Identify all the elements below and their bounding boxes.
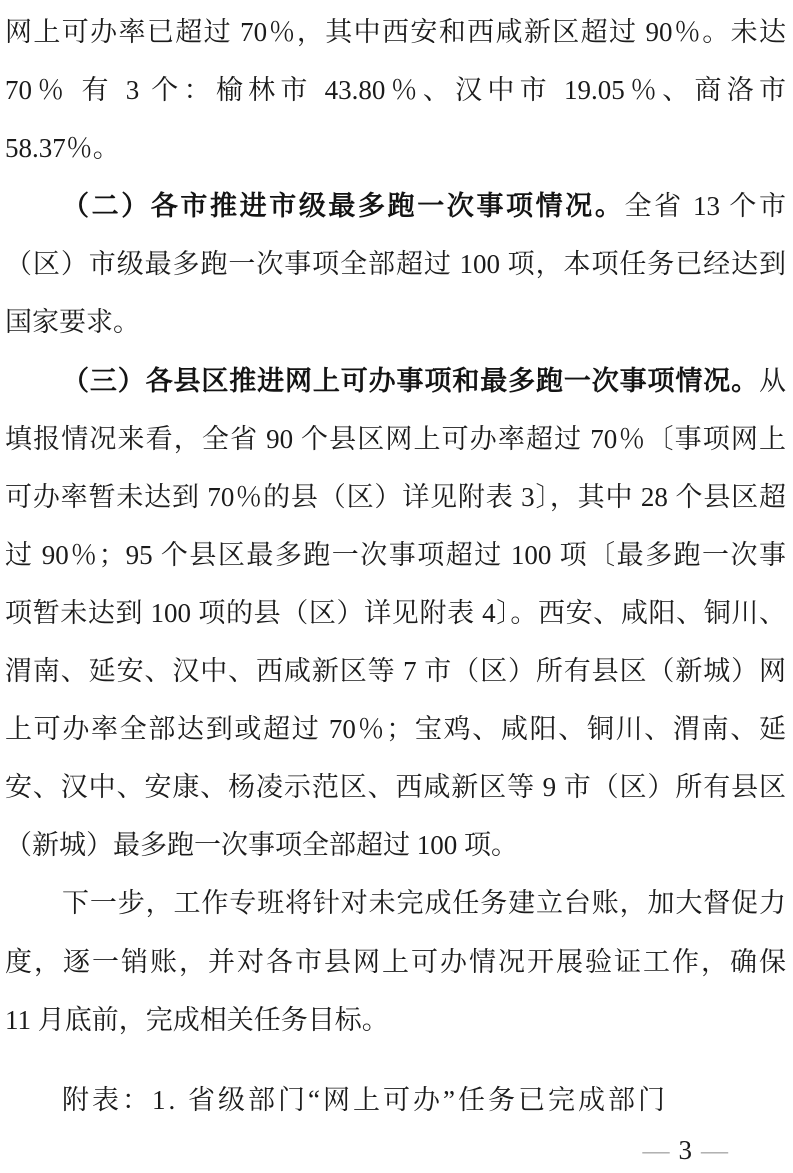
body-text: 58.37％。: [5, 133, 120, 163]
document-line: 渭南、延安、汉中、西咸新区等 7 市（区）所有县区（新城）网: [5, 642, 786, 700]
body-text: 填报情况来看，全省 90 个县区网上可办率超过 70％〔事项网上: [5, 424, 786, 454]
document-line: 项暂未达到 100 项的县（区）详见附表 4〕。西安、咸阳、铜川、: [5, 584, 786, 642]
document-line: （二）各市推进市级最多跑一次事项情况。全省 13 个市: [5, 177, 786, 235]
document-line: 附表：1. 省级部门“网上可办”任务已完成部门: [5, 1071, 786, 1129]
document-line: （区）市级最多跑一次事项全部超过 100 项，本项任务已经达到: [5, 235, 786, 293]
body-text: 70％ 有 3 个：榆林市 43.80％、汉中市 19.05％、商洛市: [5, 75, 786, 105]
document-line: 过 90％；95 个县区最多跑一次事项超过 100 项〔最多跑一次事: [5, 526, 786, 584]
body-text: 网上可办率已超过 70％，其中西安和西咸新区超过 90％。未达: [5, 17, 786, 47]
body-text: 渭南、延安、汉中、西咸新区等 7 市（区）所有县区（新城）网: [5, 656, 786, 686]
section-heading-text: （三）各县区推进网上可办事项和最多跑一次事项情况。: [62, 366, 759, 396]
document-line: 可办率暂未达到 70％的县（区）详见附表 3〕，其中 28 个县区超: [5, 468, 786, 526]
body-text: 从: [759, 366, 786, 396]
document-page: 网上可办率已超过 70％，其中西安和西咸新区超过 90％。未达70％ 有 3 个…: [0, 0, 793, 1173]
page-number-dash-right: —: [692, 1135, 737, 1165]
body-text: 全省 13 个市: [624, 191, 786, 221]
body-text: 度，逐一销账，并对各市县网上可办情况开展验证工作，确保: [5, 947, 786, 977]
document-line: 下一步，工作专班将针对未完成任务建立台账，加大督促力: [5, 874, 786, 932]
document-line: 国家要求。: [5, 293, 786, 351]
body-text: 项暂未达到 100 项的县（区）详见附表 4〕。西安、咸阳、铜川、: [5, 598, 786, 628]
body-text: 安、汉中、安康、杨凌示范区、西咸新区等 9 市（区）所有县区: [5, 772, 786, 802]
document-line: 网上可办率已超过 70％，其中西安和西咸新区超过 90％。未达: [5, 3, 786, 61]
document-body: 网上可办率已超过 70％，其中西安和西咸新区超过 90％。未达70％ 有 3 个…: [5, 3, 786, 1129]
section-heading-text: （二）各市推进市级最多跑一次事项情况。: [62, 191, 624, 221]
document-line: （三）各县区推进网上可办事项和最多跑一次事项情况。从: [5, 352, 786, 410]
body-text: 过 90％；95 个县区最多跑一次事项超过 100 项〔最多跑一次事: [5, 540, 786, 570]
body-text: 附表：1. 省级部门“网上可办”任务已完成部门: [62, 1085, 668, 1115]
page-number-dash-left: —: [634, 1135, 679, 1165]
document-line: 58.37％。: [5, 119, 786, 177]
body-text: （区）市级最多跑一次事项全部超过 100 项，本项任务已经达到: [5, 249, 786, 279]
document-line: 70％ 有 3 个：榆林市 43.80％、汉中市 19.05％、商洛市: [5, 61, 786, 119]
body-text: （新城）最多跑一次事项全部超过 100 项。: [5, 830, 518, 860]
document-line: 11 月底前，完成相关任务目标。: [5, 991, 786, 1049]
page-number-value: 3: [679, 1135, 693, 1165]
body-text: 可办率暂未达到 70％的县（区）详见附表 3〕，其中 28 个县区超: [5, 482, 786, 512]
body-text: 国家要求。: [5, 307, 140, 337]
document-line: 安、汉中、安康、杨凌示范区、西咸新区等 9 市（区）所有县区: [5, 758, 786, 816]
document-line: 度，逐一销账，并对各市县网上可办情况开展验证工作，确保: [5, 933, 786, 991]
document-line: 上可办率全部达到或超过 70％；宝鸡、咸阳、铜川、渭南、延: [5, 700, 786, 758]
body-text: 上可办率全部达到或超过 70％；宝鸡、咸阳、铜川、渭南、延: [5, 714, 786, 744]
body-text: 11 月底前，完成相关任务目标。: [5, 1005, 389, 1035]
document-line: 填报情况来看，全省 90 个县区网上可办率超过 70％〔事项网上: [5, 410, 786, 468]
page-number: —3—: [634, 1137, 738, 1164]
document-line: （新城）最多跑一次事项全部超过 100 项。: [5, 816, 786, 874]
body-text: 下一步，工作专班将针对未完成任务建立台账，加大督促力: [62, 888, 786, 918]
